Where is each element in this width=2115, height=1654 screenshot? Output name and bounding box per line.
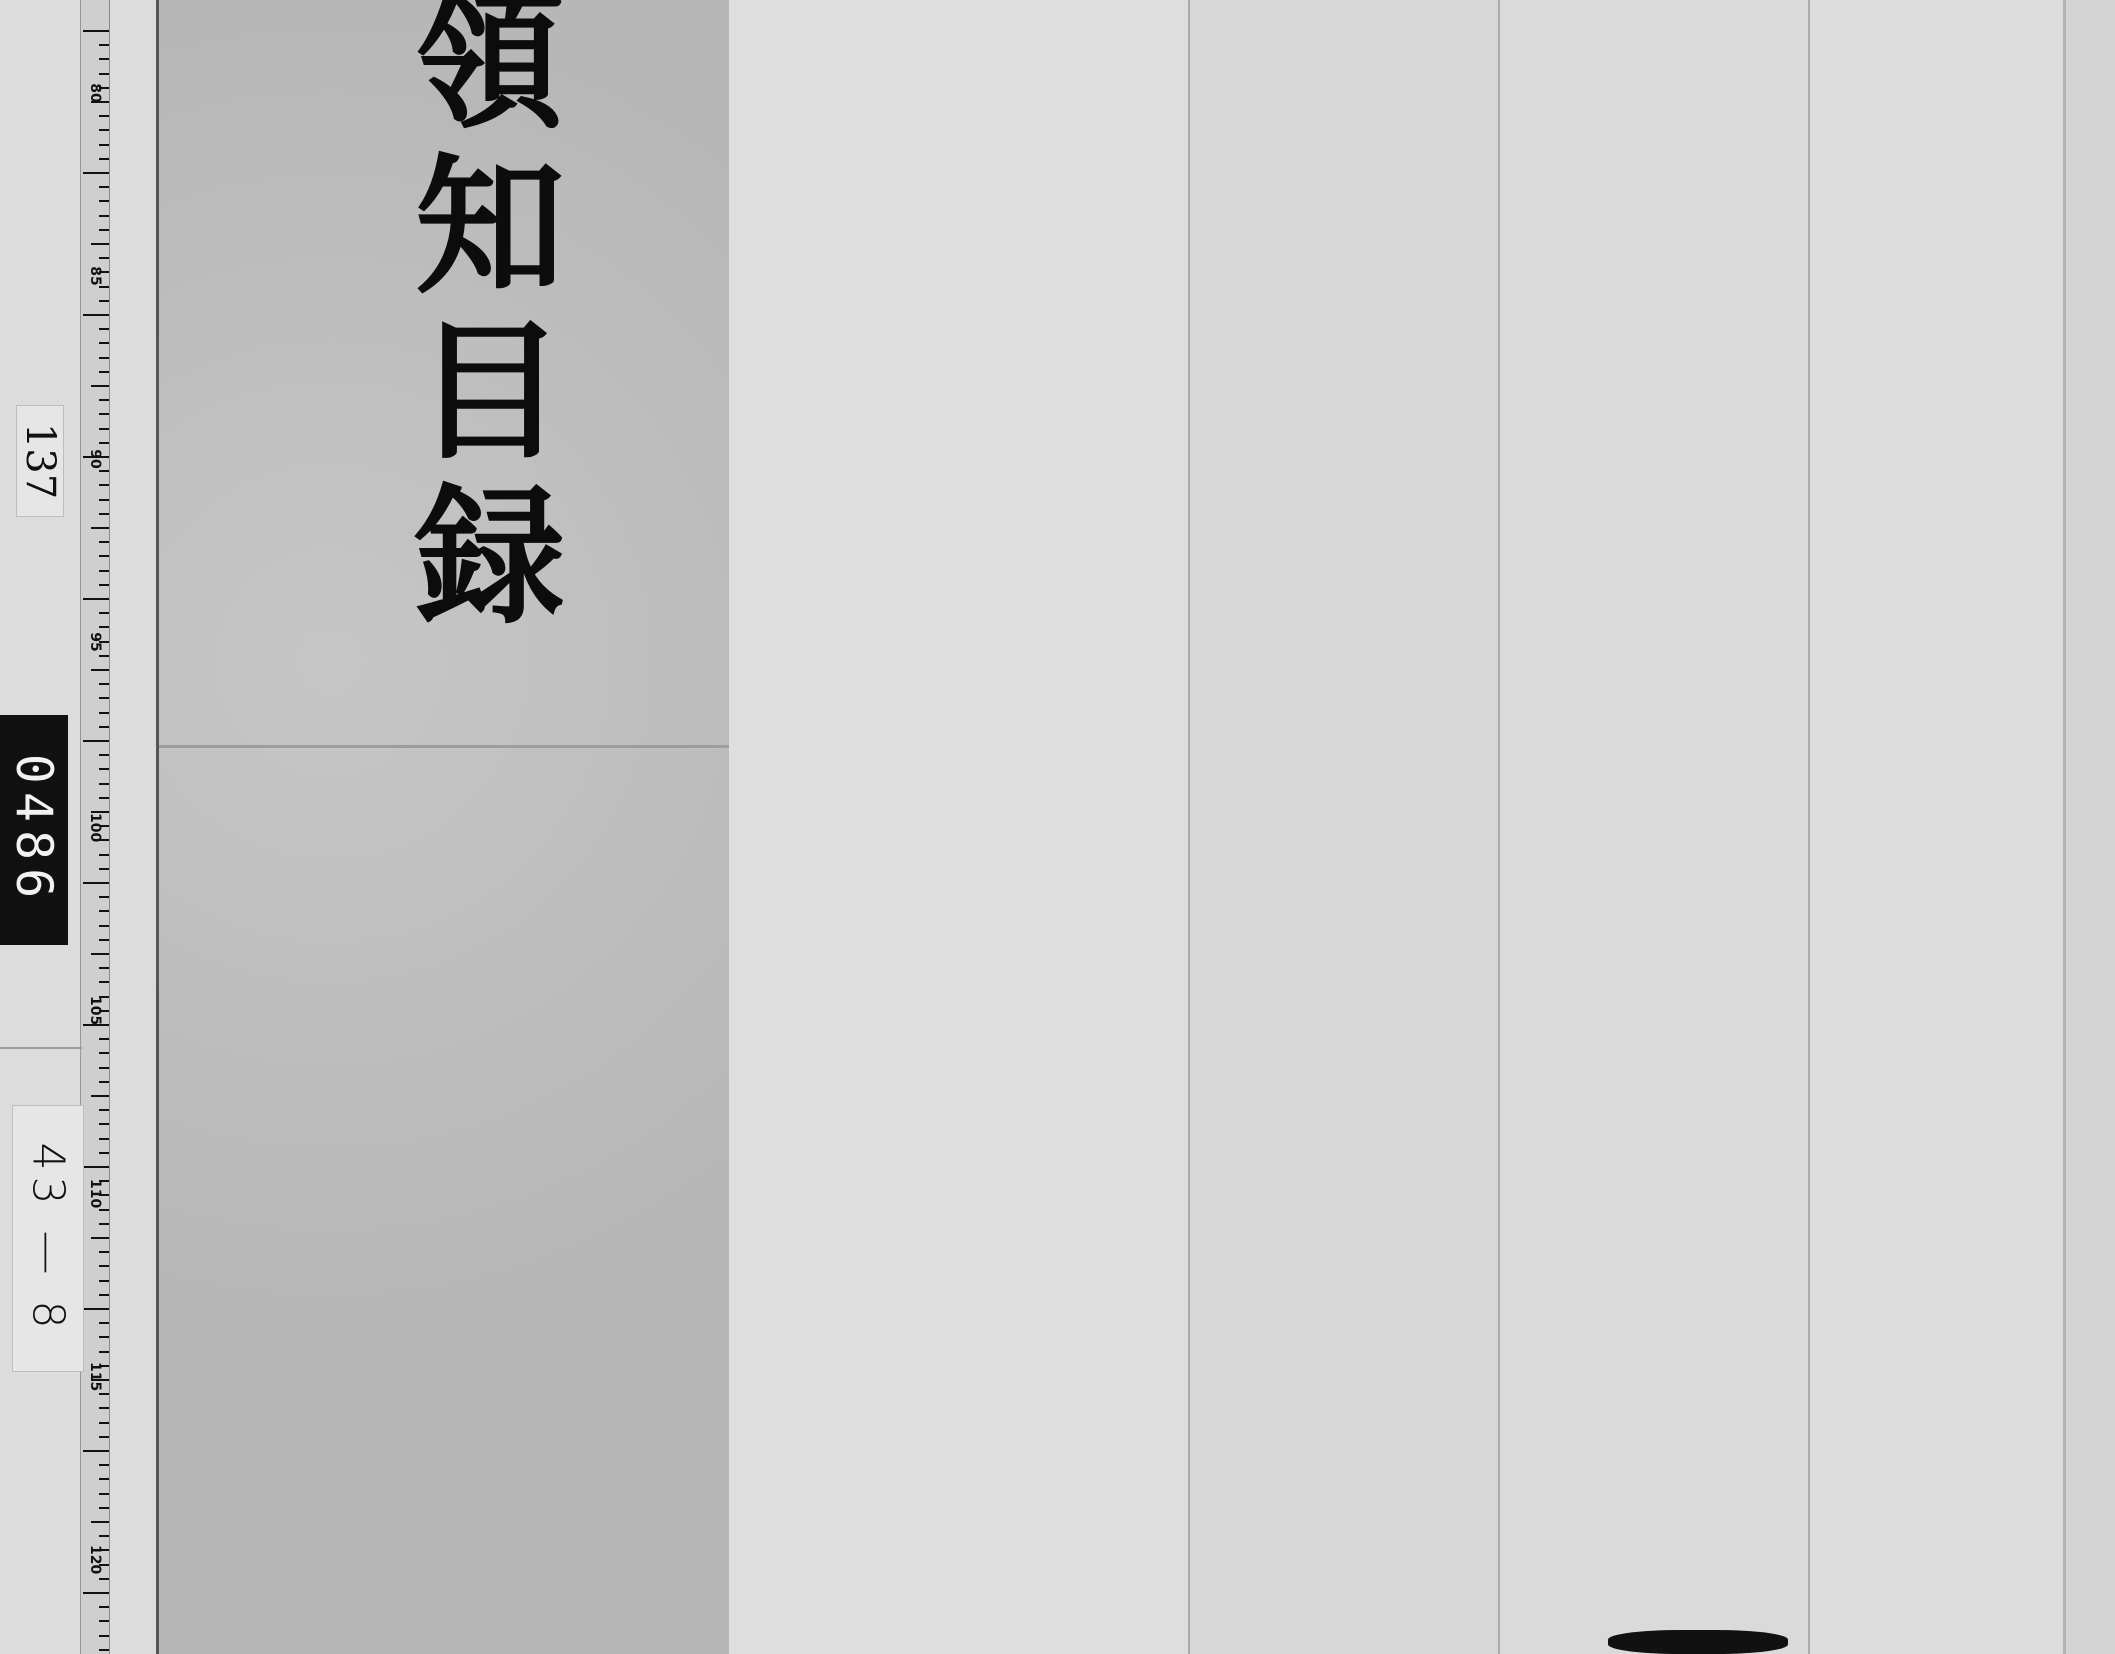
item-number-label: 43 — 8	[12, 1105, 84, 1372]
ruler-number: 120	[87, 1545, 103, 1569]
title-char: 録	[415, 475, 565, 640]
ruler-tick	[83, 1450, 109, 1452]
ruler-tick	[91, 1095, 109, 1097]
ruler-tick	[91, 243, 109, 245]
fold-panel	[1498, 0, 1810, 1654]
ruler-number: 80	[87, 81, 103, 105]
ruler-tick	[91, 385, 109, 387]
catalog-number: 137	[17, 423, 63, 499]
ruler-tick	[91, 527, 109, 529]
fold-panel	[2063, 0, 2115, 1654]
ruler-tick	[83, 30, 109, 32]
title-char: 知	[415, 145, 565, 310]
ruler-tick	[83, 314, 109, 316]
ruler-number: 115	[87, 1362, 103, 1386]
ruler-number: 110	[87, 1179, 103, 1203]
catalog-number-label: 137	[16, 405, 64, 517]
ruler-tick	[83, 1166, 109, 1168]
film-id-label: 0486	[0, 715, 68, 945]
ruler-number: 100	[87, 813, 103, 837]
ruler-tick	[91, 1521, 109, 1523]
ruler-tick	[83, 172, 109, 174]
ruler-number: 95	[87, 630, 103, 654]
scale-ruler: 80859095100105110115120	[80, 0, 110, 1654]
fold-panel	[1188, 0, 1500, 1654]
item-number: 43 — 8	[23, 1143, 74, 1335]
ruler-tick	[91, 669, 109, 671]
ruler-tick	[83, 882, 109, 884]
ruler-tick	[83, 1308, 109, 1310]
cover-crease	[159, 745, 729, 748]
ruler-tick	[83, 1592, 109, 1594]
ruler-number: 105	[87, 996, 103, 1020]
ruler-number: 90	[87, 447, 103, 471]
title-char: 領	[415, 0, 565, 145]
ruler-number: 85	[87, 264, 103, 288]
ruler-tick	[83, 598, 109, 600]
title-char: 目	[415, 310, 565, 475]
ink-stain	[1608, 1630, 1788, 1654]
ruler-tick	[91, 1237, 109, 1239]
fold-panel	[1808, 0, 2065, 1654]
manuscript: 領 知 目 録	[108, 0, 1988, 1654]
ruler-tick	[83, 740, 109, 742]
divider-line	[0, 1047, 82, 1049]
ruler-tick	[91, 953, 109, 955]
film-id: 0486	[5, 754, 63, 906]
cover-title: 領 知 目 録	[390, 0, 590, 640]
fold-panel	[726, 0, 1190, 1654]
